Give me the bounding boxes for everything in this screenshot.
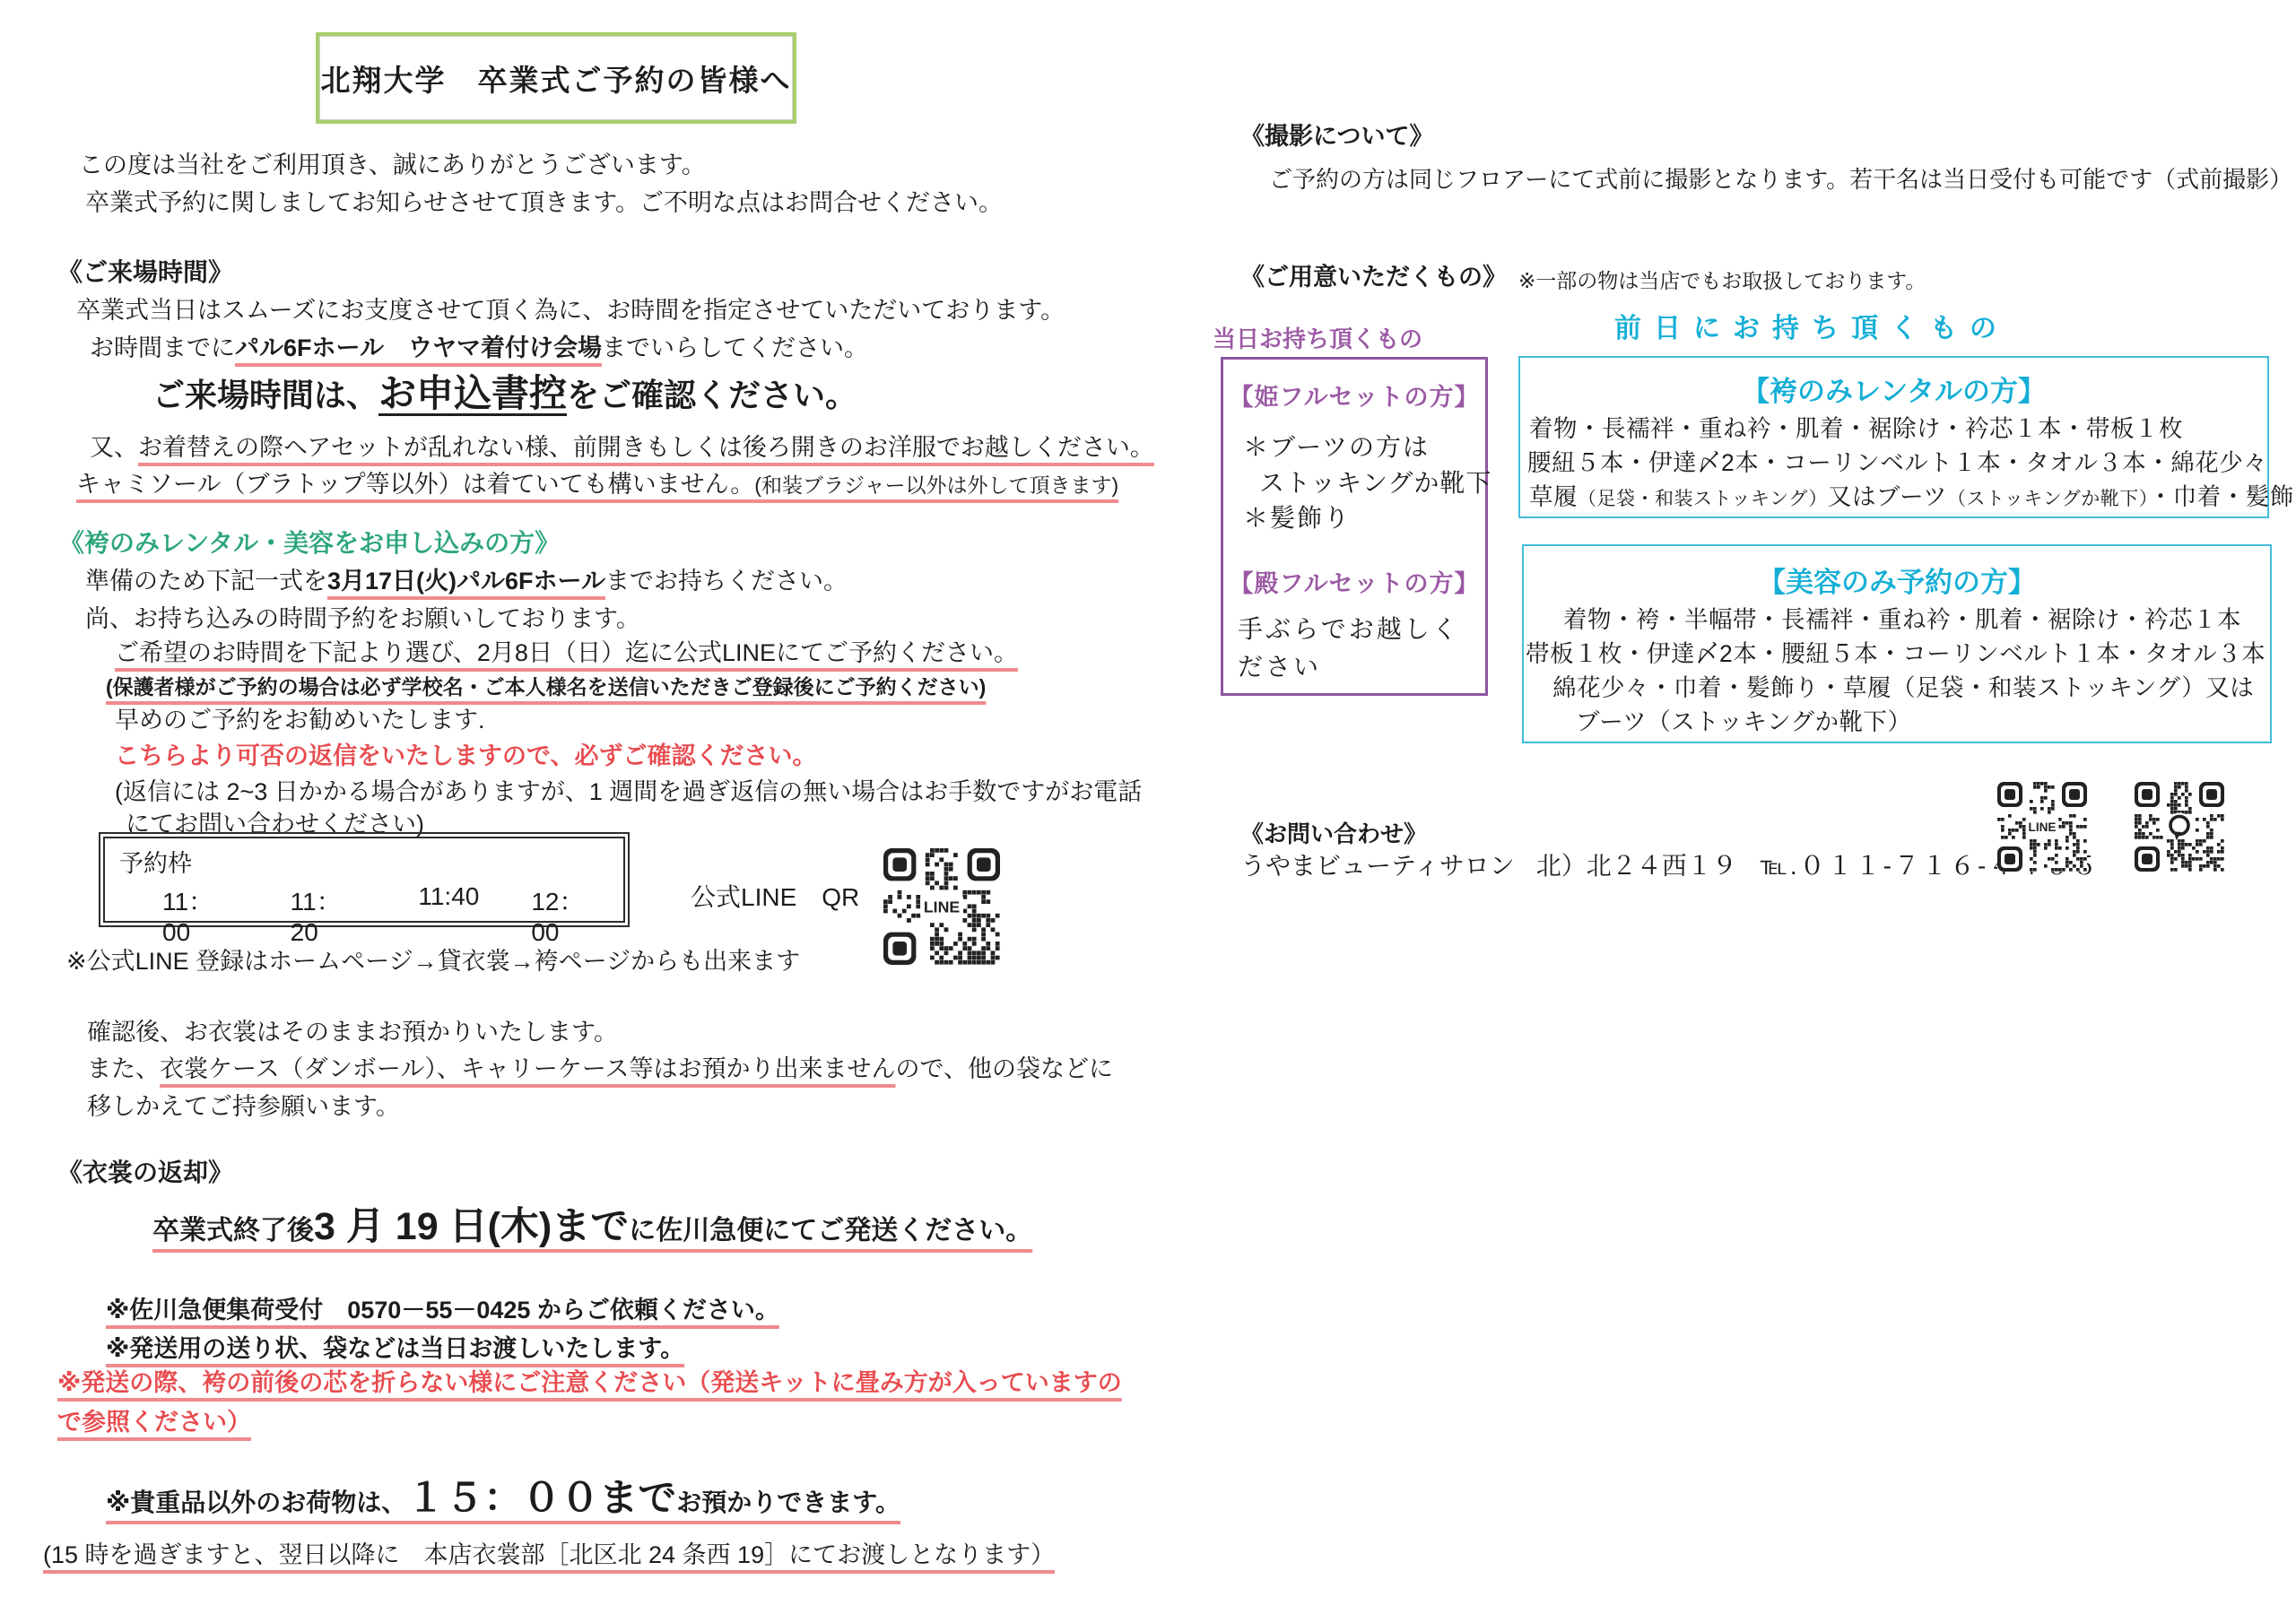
underlined-text: お着替えの際ヘアセットが乱れない様、前開きもしくは後ろ開きのお洋服でお越しくださ… <box>138 434 1154 461</box>
text-segment: ※貴重品以外のお荷物は、 <box>106 1488 406 1516</box>
time-slot: 12：00 <box>531 882 609 947</box>
text-segment: 又、 <box>90 434 138 461</box>
arrival-big-line: ご来場時間は、お申込書控をご確認ください。 <box>152 370 857 418</box>
beauty-only-box: 【美容のみ予約の方】 着物・袴・半幅帯・長襦袢・重ね衿・肌着・裾除け・衿芯１本 … <box>1522 544 2272 743</box>
time-slot: 11：00 <box>162 882 239 947</box>
contact-body: うやまビューティサロン北）北２４西１９℡.０１１-７１６-４４６５ <box>1240 850 2100 881</box>
prepare-heading: 《ご用意いただくもの》 <box>1240 263 1507 293</box>
photo-body: ご予約の方は同じフロアーにて式前に撮影となります。若干名は当日受付も可能です（式… <box>1269 165 2292 195</box>
hime-item-1: ＊ブーツの方は <box>1243 428 1430 464</box>
return-heading: 《衣裳の返却》 <box>57 1157 233 1188</box>
time-slot: 11:40 <box>418 882 479 947</box>
rental-items-2: 腰紐５本・伊達〆2本・コーリンベルト１本・タオル３本・綿花少々 <box>1527 443 2267 478</box>
keep-line-1: 確認後、お衣裳はそのままお預かりいたします。 <box>87 1018 618 1048</box>
text-segment: をご確認ください。 <box>567 377 857 413</box>
hime-item-3: ＊髪飾り <box>1243 499 1351 534</box>
line-qr-code: LINE <box>1997 782 2087 876</box>
svg-text:LINE: LINE <box>924 898 960 916</box>
hakama-line-4: (保護者様がご予約の場合は必ず学校名・ご本人様名を送信いただきご登録後にご予約く… <box>106 674 986 700</box>
tono-text: 手ぶらでお越しください <box>1238 611 1473 686</box>
text-segment: 又はブーツ <box>1828 483 1947 510</box>
underlined-text: ※発送の際、袴の前後の芯を折らない様にご注意ください（発送キットに畳み方が入って… <box>57 1369 1122 1396</box>
day-of-label: 当日お持ち頂くもの <box>1213 325 1422 354</box>
text-segment: に佐川急便にてご発送ください。 <box>629 1216 1032 1245</box>
beauty-items-3: 綿花少々・巾着・髪飾り・草履（足袋・和装ストッキング）又は <box>1552 668 2254 703</box>
hakama-line-1: 準備のため下記一式を3月17日(火)パル6Fホールまでお持ちください。 <box>85 567 848 597</box>
luggage-line: ※貴重品以外のお荷物は、１５：００までお預かりできます。 <box>106 1475 900 1523</box>
hakama-line-3: ご希望のお時間を下記より選び、2月8日（日）迄に公式LINEにてご予約ください。 <box>115 638 1018 669</box>
tono-fullset-title: 【殿フルセットの方】 <box>1223 564 1485 599</box>
underlined-date-venue: 3月17日(火)パル6Fホール <box>327 568 605 595</box>
beauty-items-4: ブーツ（ストッキングか靴下） <box>1576 702 1912 737</box>
underlined-return-line: 卒業式終了後3 月 19 日(木)までに佐川急便にてご発送ください。 <box>152 1216 1032 1245</box>
rental-box-title: 【袴のみレンタルの方】 <box>1520 369 2267 409</box>
prepare-note: ※一部の物は当店でもお取扱しております。 <box>1518 268 1926 294</box>
photo-heading: 《撮影について》 <box>1240 122 1433 152</box>
svg-text:LINE: LINE <box>2029 820 2057 834</box>
intro-line-1: この度は当社をご利用頂き、誠にありがとうございます。 <box>79 151 706 181</box>
text-segment: 草履 <box>1529 483 1578 510</box>
green-heading-text: 《袴のみレンタル・美容をお申し込みの方》 <box>59 529 560 557</box>
beauty-items-1: 着物・袴・半幅帯・長襦袢・重ね衿・肌着・裾除け・衿芯１本 <box>1563 600 2241 635</box>
reservation-box-label: 予約枠 <box>119 844 609 879</box>
text-segment: までいらしてください。 <box>602 334 868 361</box>
return-note-1: ※佐川急便集荷受付 0570－55－0425 からご依頼ください。 <box>106 1296 779 1326</box>
hakama-line-7: (返信には 2~3 日かかる場合がありますが、1 週間を過ぎ返信の無い場合はお手… <box>115 777 1142 808</box>
underlined-form-copy: お申込書控 <box>378 372 567 414</box>
underlined-text: ※発送用の送り状、袋などは当日お渡しいたします。 <box>106 1335 684 1362</box>
text-segment: また、 <box>87 1055 160 1082</box>
underlined-text: ご希望のお時間を下記より選び、2月8日（日）迄に公式LINEにてご予約ください。 <box>115 639 1018 666</box>
return-red-note-line-1: ※発送の際、袴の前後の芯を折らない様にご注意ください（発送キットに畳み方が入って… <box>57 1368 1122 1399</box>
arrival-line-1: 卒業式当日はスムーズにお支度させて頂く為に、お時間を指定させていただいております… <box>76 296 1065 326</box>
line-qr-code: LINE <box>883 848 1000 969</box>
document-page: 北翔大学 卒業式ご予約の皆様へ この度は当社をご利用頂き、誠にありがとうございま… <box>0 0 2296 1623</box>
return-red-note-line-2: で参照ください） <box>57 1408 251 1438</box>
keep-line-3: 移しかえてご持参願います。 <box>87 1092 400 1123</box>
text-segment: お預かりできます。 <box>676 1488 900 1516</box>
hakama-red-note: こちらより可否の返信をいたしますので、必ずご確認ください。 <box>115 742 816 772</box>
text-segment: 準備のため下記一式を <box>85 568 327 595</box>
keep-line-2: また、衣裳ケース（ダンボール）、キャリーケース等はお預かり出来ませんので、他の袋… <box>87 1055 1113 1085</box>
salon-address: 北）北２４西１９ <box>1536 852 1737 880</box>
underlined-luggage-line: ※貴重品以外のお荷物は、１５：００までお預かりできます。 <box>106 1488 900 1516</box>
reservation-slot-box-inner: 予約枠 11：00 11：20 11:40 12：00 <box>103 837 625 923</box>
return-note-2: ※発送用の送り状、袋などは当日お渡しいたします。 <box>106 1334 684 1365</box>
luggage-deadline-time: １５：００まで <box>406 1477 676 1520</box>
return-deadline-date: 3 月 19 日(木)まで <box>314 1205 629 1248</box>
underlined-text: (保護者様がご予約の場合は必ず学校名・ご本人様名を送信いただきご登録後にご予約く… <box>106 675 986 699</box>
title-box: 北翔大学 卒業式ご予約の皆様へ <box>316 32 796 124</box>
luggage-after-hours-line: (15 時を過ぎますと、翌日以降に 本店衣裳部［北区北 24 条西 19］にてお… <box>43 1541 1055 1571</box>
arrival-heading: 《ご来場時間》 <box>57 256 233 288</box>
chat-qr-code <box>2135 782 2224 876</box>
hakama-heading: 《袴のみレンタル・美容をお申し込みの方》 <box>59 527 560 559</box>
underlined-text-small: (和装ブラジャー以外は外して頂きます) <box>754 473 1118 497</box>
day-before-label: 前日にお持ち頂くもの <box>1614 312 2009 346</box>
salon-name: うやまビューティサロン <box>1240 852 1515 880</box>
underlined-venue: パル6Fホール ウヤマ着付け会場 <box>235 334 602 361</box>
underlined-text: (15 時を過ぎますと、翌日以降に 本店衣裳部［北区北 24 条西 19］にてお… <box>43 1541 1055 1568</box>
beauty-box-title: 【美容のみ予約の方】 <box>1524 560 2270 600</box>
text-segment-small: （足袋・和装ストッキング） <box>1578 489 1828 509</box>
text-segment: ので、他の袋などに <box>896 1055 1113 1082</box>
hime-item-2: ストッキングか靴下 <box>1259 464 1492 499</box>
reservation-times: 11：00 11：20 11:40 12：00 <box>119 882 609 947</box>
text-segment: ・巾着・髪飾り <box>2149 483 2296 510</box>
hime-fullset-title: 【姫フルセットの方】 <box>1223 378 1485 412</box>
beauty-items-2: 帯板１枚・伊達〆2本・腰紐５本・コーリンベルト１本・タオル３本 <box>1526 634 2266 669</box>
line-qr-label: 公式LINE QR <box>691 881 859 913</box>
hakama-line-2: 尚、お持ち込みの時間予約をお願いしております。 <box>85 604 640 635</box>
page-title: 北翔大学 卒業式ご予約の皆様へ <box>321 57 792 100</box>
underlined-text: ※佐川急便集荷受付 0570－55－0425 からご依頼ください。 <box>106 1297 779 1324</box>
rental-items-3: 草履（足袋・和装ストッキング）又はブーツ（ストッキングか靴下）・巾着・髪飾り <box>1529 477 2296 512</box>
text-segment: 卒業式終了後 <box>152 1216 314 1245</box>
underlined-text: で参照ください） <box>57 1409 251 1436</box>
hakama-line-5: 早めのご予約をお勧めいたします. <box>115 706 485 736</box>
text-segment: ご来場時間は、 <box>152 377 378 413</box>
reservation-slot-box: 予約枠 11：00 11：20 11:40 12：00 <box>99 832 630 927</box>
contact-heading: 《お問い合わせ》 <box>1240 820 1427 849</box>
text-segment: までお持ちください。 <box>605 568 848 595</box>
underlined-text: 衣裳ケース（ダンボール）、キャリーケース等はお預かり出来ません <box>160 1055 896 1082</box>
fullset-box: 【姫フルセットの方】 ＊ブーツの方は ストッキングか靴下 ＊髪飾り 【殿フルセッ… <box>1221 357 1488 696</box>
time-slot: 11：20 <box>291 882 367 947</box>
return-big-line: 卒業式終了後3 月 19 日(木)までに佐川急便にてご発送ください。 <box>152 1203 1032 1252</box>
underlined-text: キャミソール（ブラトップ等以外）は着ていても構いません。 <box>76 471 754 498</box>
intro-line-2: 卒業式予約に関しましてお知らせさせて頂きます。ご不明な点はお問合せください。 <box>85 188 1003 219</box>
clothing-note-line-1: 又、お着替えの際ヘアセットが乱れない様、前開きもしくは後ろ開きのお洋服でお越しく… <box>90 433 1154 464</box>
text-segment: お時間までに <box>90 334 235 361</box>
text-segment-small: （ストッキングか靴下） <box>1947 489 2149 509</box>
rental-items-1: 着物・長襦袢・重ね衿・肌着・裾除け・衿芯１本・帯板１枚 <box>1529 409 2183 444</box>
rental-only-box: 【袴のみレンタルの方】 着物・長襦袢・重ね衿・肌着・裾除け・衿芯１本・帯板１枚 … <box>1518 356 2269 518</box>
arrival-line-2: お時間までにパル6Fホール ウヤマ着付け会場までいらしてください。 <box>90 334 868 364</box>
line-registration-note: ※公式LINE 登録はホームページ→貸衣裳→袴ページからも出来ます <box>66 947 800 977</box>
clothing-note-line-2: キャミソール（ブラトップ等以外）は着ていても構いません。(和装ブラジャー以外は外… <box>76 470 1118 500</box>
